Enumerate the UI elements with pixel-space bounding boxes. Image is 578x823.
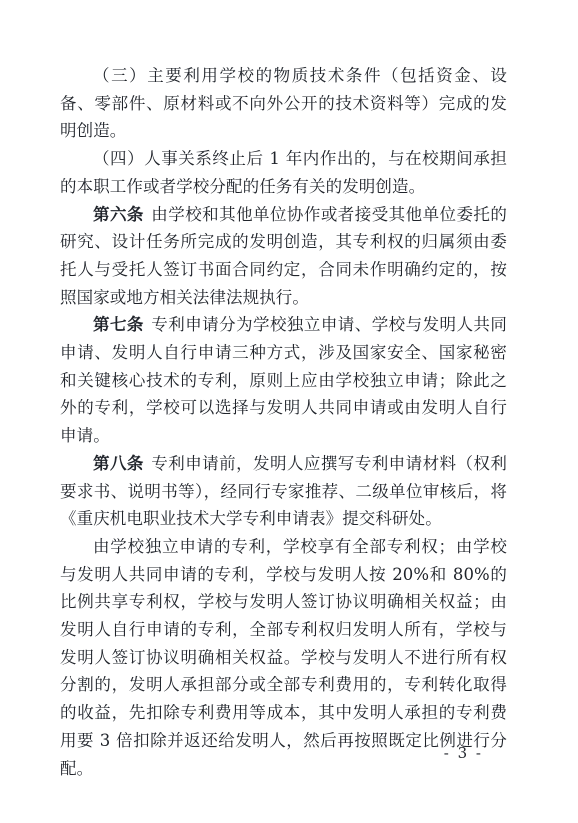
paragraph-text: （三）主要利用学校的物质技术条件（包括资金、设备、零部件、原材料或不向外公开的技… xyxy=(60,66,507,140)
paragraph: （三）主要利用学校的物质技术条件（包括资金、设备、零部件、原材料或不向外公开的技… xyxy=(60,62,507,145)
paragraph: （四）人事关系终止后 1 年内作出的，与在校期间承担的本职工作或者学校分配的任务… xyxy=(60,145,507,200)
article-heading: 第八条 xyxy=(93,454,144,473)
paragraph-text: （四）人事关系终止后 1 年内作出的，与在校期间承担的本职工作或者学校分配的任务… xyxy=(60,149,507,196)
paragraph: 第七条专利申请分为学校独立申请、学校与发明人共同申请、发明人自行申请三种方式，涉… xyxy=(60,311,507,450)
paragraph: 第八条专利申请前，发明人应撰写专利申请材料（权利要求书、说明书等），经同行专家推… xyxy=(60,450,507,533)
paragraph: 第六条由学校和其他单位协作或者接受其他单位委托的研究、设计任务所完成的发明创造，… xyxy=(60,201,507,312)
article-heading: 第七条 xyxy=(93,315,144,334)
document-page: （三）主要利用学校的物质技术条件（包括资金、设备、零部件、原材料或不向外公开的技… xyxy=(0,0,578,823)
document-body: （三）主要利用学校的物质技术条件（包括资金、设备、零部件、原材料或不向外公开的技… xyxy=(60,62,507,782)
article-heading: 第六条 xyxy=(93,205,144,224)
paragraph: 由学校独立申请的专利，学校享有全部专利权；由学校与发明人共同申请的专利，学校与发… xyxy=(60,533,507,782)
page-number: - 3 - xyxy=(444,744,483,762)
paragraph-text: 专利申请分为学校独立申请、学校与发明人共同申请、发明人自行申请三种方式，涉及国家… xyxy=(60,315,507,445)
paragraph-text: 由学校独立申请的专利，学校享有全部专利权；由学校与发明人共同申请的专利，学校与发… xyxy=(60,537,507,778)
